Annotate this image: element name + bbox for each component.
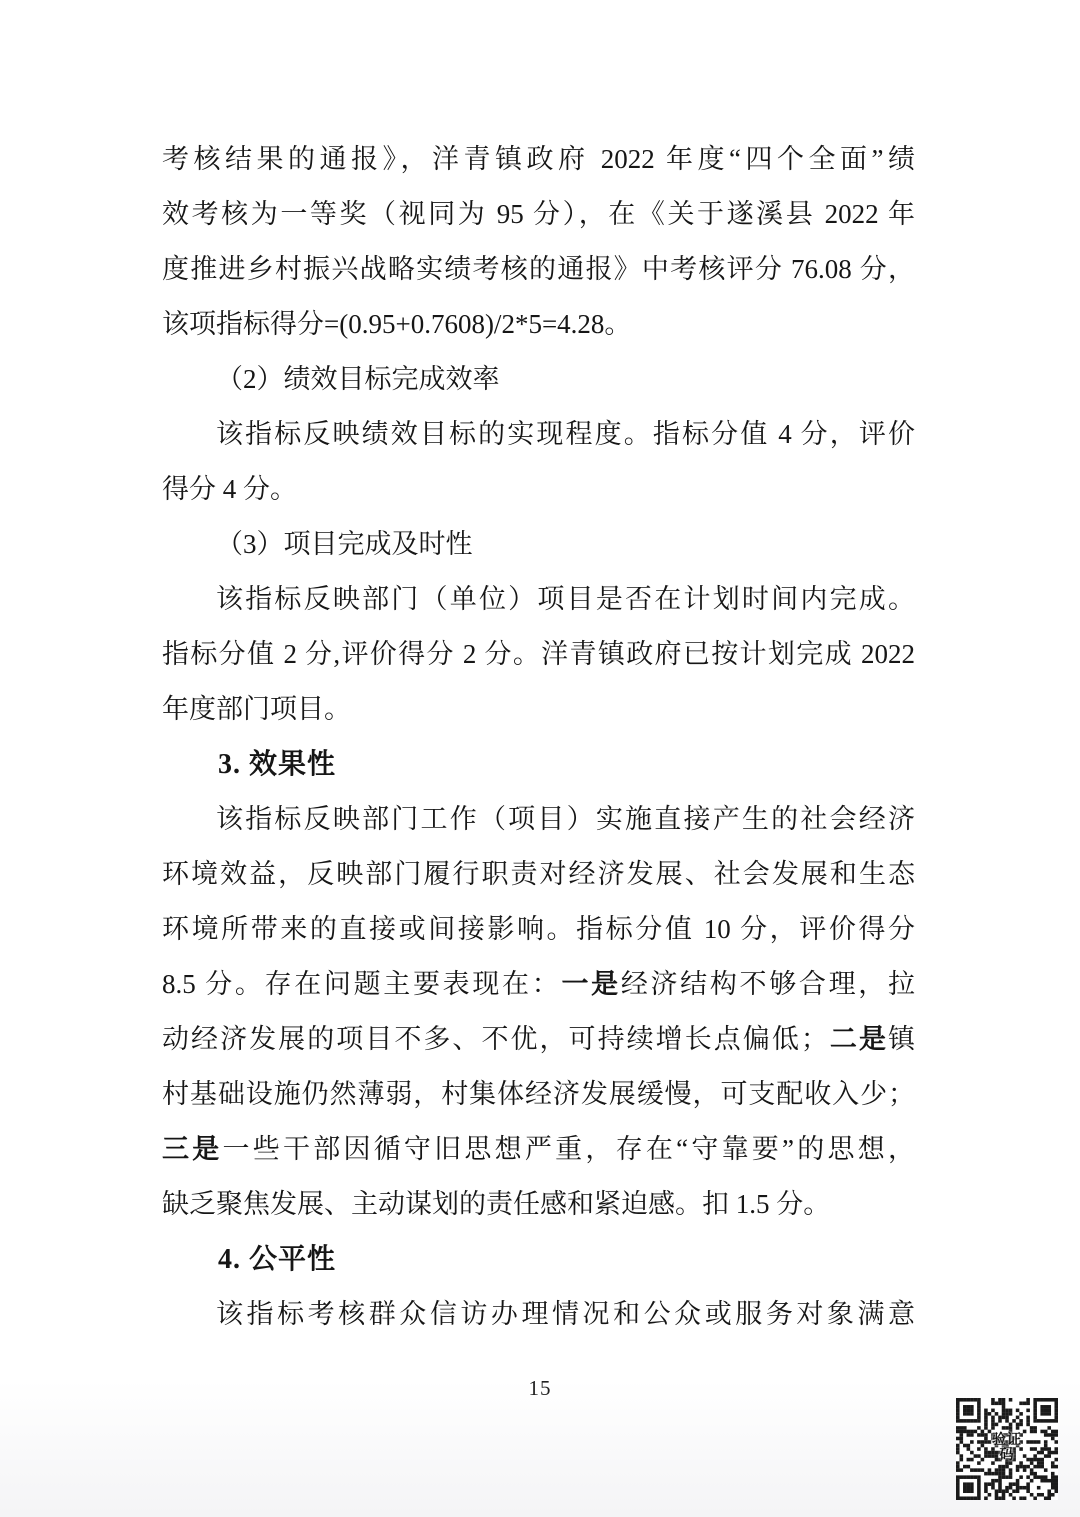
text-line: 效考核为一等奖（视同为 95 分），在《关于遂溪县 2022 年 [162, 187, 915, 242]
verification-qr-code: 验证 码 [956, 1398, 1058, 1500]
text-segment: 该指标反映部门工作（项目）实施直接产生的社会经济 [216, 804, 915, 834]
text-line: 该指标考核群众信访办理情况和公众或服务对象满意 [162, 1287, 915, 1342]
text-segment: 镇 [888, 1024, 915, 1054]
text-line: 村基础设施仍然薄弱，村集体经济发展缓慢，可支配收入少； [162, 1067, 915, 1122]
text-segment: 指标分值 2 分,评价得分 2 分。洋青镇政府已按计划完成 2022 [162, 639, 915, 669]
text-segment: 一是 [561, 969, 620, 999]
text-line: （2）绩效目标完成效率 [162, 352, 915, 407]
text-segment: 效考核为一等奖（视同为 95 分），在《关于遂溪县 2022 年 [162, 199, 915, 229]
text-segment: 缺乏聚焦发展、主动谋划的责任感和紧迫感。扣 1.5 分。 [162, 1189, 830, 1219]
text-column: 考核结果的通报》，洋青镇政府 2022 年度“四个全面”绩效考核为一等奖（视同为… [162, 132, 915, 1342]
text-line: 该指标反映部门（单位）项目是否在计划时间内完成。 [162, 572, 915, 627]
text-segment: （2）绩效目标完成效率 [216, 364, 500, 394]
text-line: 三是一些干部因循守旧思想严重，存在“守靠要”的思想， [162, 1122, 915, 1177]
text-segment: 得分 4 分。 [162, 474, 297, 504]
text-segment: 3. 效果性 [218, 749, 336, 780]
text-segment: 经济结构不够合理，拉 [621, 969, 915, 999]
text-segment: 8.5 分。存在问题主要表现在： [162, 969, 561, 999]
text-line: 指标分值 2 分,评价得分 2 分。洋青镇政府已按计划完成 2022 [162, 627, 915, 682]
text-segment: 年度部门项目。 [162, 694, 351, 724]
text-line: 该指标反映部门工作（项目）实施直接产生的社会经济 [162, 792, 915, 847]
text-segment: 三是 [162, 1134, 222, 1164]
text-line: 动经济发展的项目不多、不优，可持续增长点偏低；二是镇 [162, 1012, 915, 1067]
section-heading: 4. 公平性 [162, 1232, 915, 1287]
text-segment: 环境所带来的直接或间接影响。指标分值 10 分，评价得分 [162, 914, 915, 944]
text-segment: 4. 公平性 [218, 1244, 336, 1275]
text-line: 该指标反映绩效目标的实现程度。指标分值 4 分，评价 [162, 407, 915, 462]
document-page: 考核结果的通报》，洋青镇政府 2022 年度“四个全面”绩效考核为一等奖（视同为… [0, 0, 1080, 1517]
text-segment: （3）项目完成及时性 [216, 529, 473, 559]
text-segment: 一些干部因循守旧思想严重，存在“守靠要”的思想， [222, 1134, 915, 1164]
text-segment: 该项指标得分=(0.95+0.7608)/2*5=4.28。 [162, 309, 631, 339]
text-line: 年度部门项目。 [162, 682, 915, 737]
text-segment: 二是 [828, 1024, 888, 1054]
text-segment: 考核结果的通报》，洋青镇政府 2022 年度“四个全面”绩 [162, 144, 915, 174]
text-segment: 环境效益，反映部门履行职责对经济发展、社会发展和生态 [162, 859, 915, 889]
text-segment: 该指标考核群众信访办理情况和公众或服务对象满意 [216, 1299, 915, 1329]
text-segment: 该指标反映部门（单位）项目是否在计划时间内完成。 [216, 584, 915, 614]
text-line: 考核结果的通报》，洋青镇政府 2022 年度“四个全面”绩 [162, 132, 915, 187]
text-line: 得分 4 分。 [162, 462, 915, 517]
text-segment: 村基础设施仍然薄弱，村集体经济发展缓慢，可支配收入少； [162, 1079, 915, 1109]
text-line: （3）项目完成及时性 [162, 517, 915, 572]
text-line: 度推进乡村振兴战略实绩考核的通报》中考核评分 76.08 分， [162, 242, 915, 297]
text-segment: 度推进乡村振兴战略实绩考核的通报》中考核评分 76.08 分， [162, 254, 915, 284]
text-line: 缺乏聚焦发展、主动谋划的责任感和紧迫感。扣 1.5 分。 [162, 1177, 915, 1232]
text-line: 环境所带来的直接或间接影响。指标分值 10 分，评价得分 [162, 902, 915, 957]
text-segment: 该指标反映绩效目标的实现程度。指标分值 4 分，评价 [216, 419, 915, 449]
text-segment: 动经济发展的项目不多、不优，可持续增长点偏低； [162, 1024, 828, 1054]
text-line: 环境效益，反映部门履行职责对经济发展、社会发展和生态 [162, 847, 915, 902]
qr-pattern [956, 1398, 1058, 1500]
section-heading: 3. 效果性 [162, 737, 915, 792]
text-line: 该项指标得分=(0.95+0.7608)/2*5=4.28。 [162, 297, 915, 352]
text-line: 8.5 分。存在问题主要表现在：一是经济结构不够合理，拉 [162, 957, 915, 1012]
page-number: 15 [0, 1376, 1080, 1401]
